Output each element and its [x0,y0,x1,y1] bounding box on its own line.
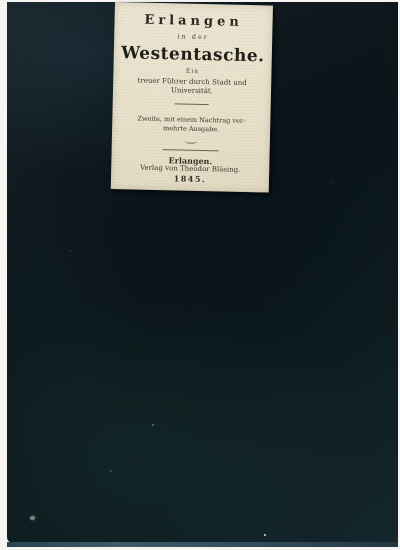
title-page-label: Erlangen in der Westentasche. Ein treuer… [111,2,273,193]
separator-rule [175,103,209,105]
book-bottom-edge [7,542,398,547]
label-subtitle-ein: Ein [113,66,271,77]
separator-rule [163,149,219,151]
photo-background: Erlangen in der Westentasche. Ein treuer… [0,0,400,550]
label-town-title: Erlangen [114,12,272,31]
label-in-der: in der [114,31,272,43]
flourish-mark [185,139,197,144]
label-main-title: Westentasche. [114,43,272,67]
